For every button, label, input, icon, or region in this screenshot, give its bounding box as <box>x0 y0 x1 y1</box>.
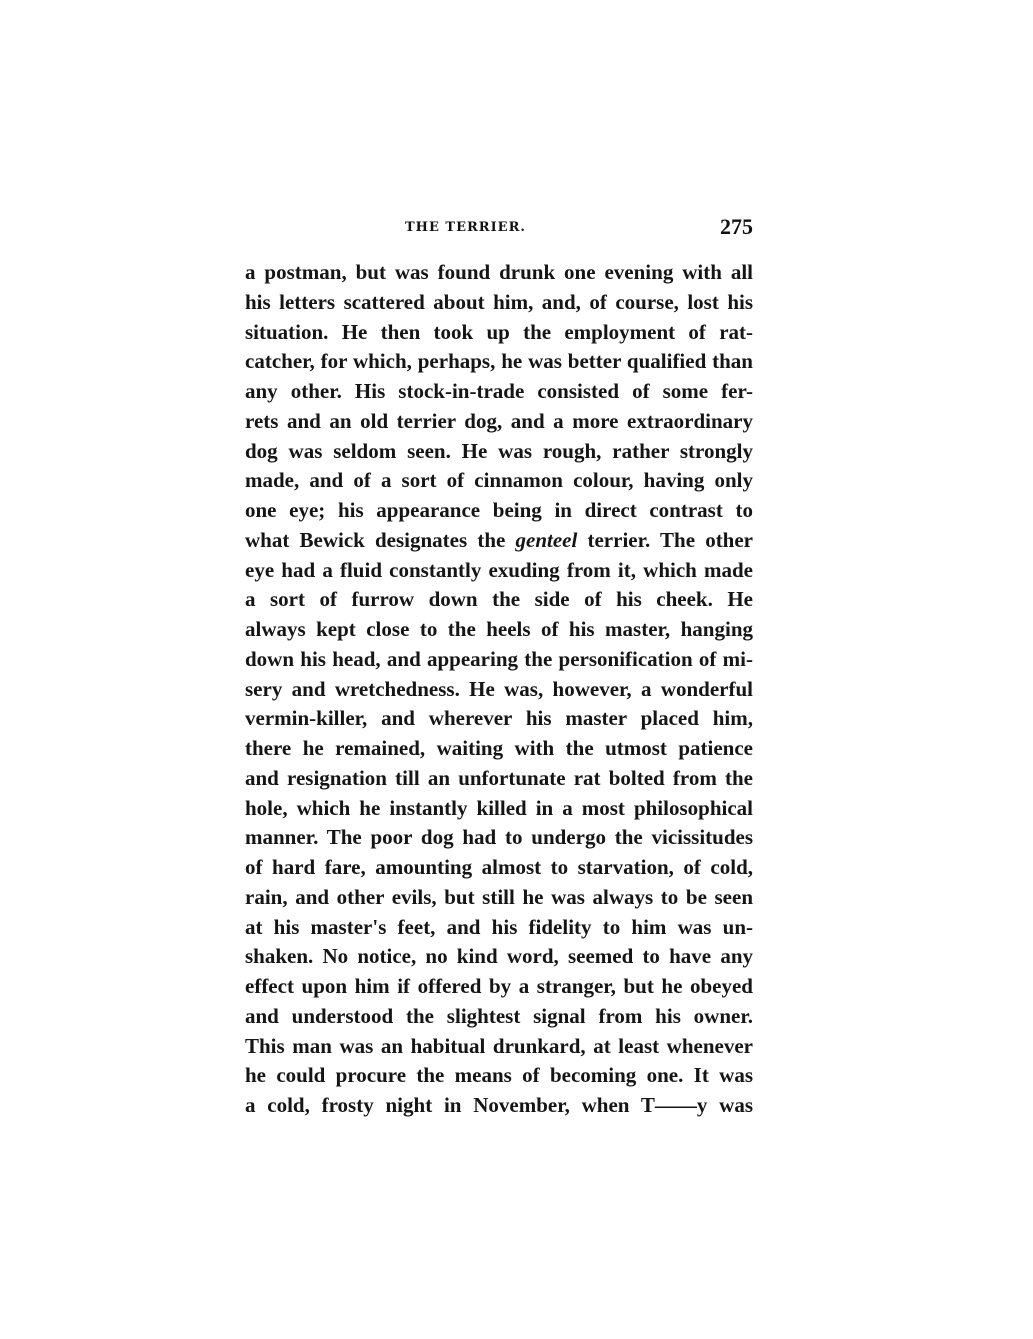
text-line: situation. He then took up the employmen… <box>245 318 753 348</box>
text-line: any other. His stock-in-trade consisted … <box>245 377 753 407</box>
text-line: This man was an habitual drunkard, at le… <box>245 1032 753 1062</box>
running-head: THE TERRIER. 275 <box>245 216 753 246</box>
italic-word: genteel <box>516 528 578 552</box>
text-line: hole, which he instantly killed in a mos… <box>245 794 753 824</box>
running-title: THE TERRIER. <box>405 220 526 235</box>
text-line: he could procure the means of becoming o… <box>245 1061 753 1091</box>
text-line: a postman, but was found drunk one eveni… <box>245 258 753 288</box>
page-number: 275 <box>720 214 753 240</box>
text-line: eye had a fluid constantly exuding from … <box>245 556 753 586</box>
book-page: THE TERRIER. 275 a postman, but was foun… <box>0 0 1033 1339</box>
text-line: and understood the slightest signal from… <box>245 1002 753 1032</box>
text-line-with-italic: what Bewick designates the genteel terri… <box>245 526 753 556</box>
text-line: vermin-killer, and wherever his master p… <box>245 704 753 734</box>
text-line: at his master's feet, and his fidelity t… <box>245 913 753 943</box>
text-line: a sort of furrow down the side of his ch… <box>245 585 753 615</box>
text-segment: what Bewick designates the <box>245 528 505 552</box>
text-line: effect upon him if offered by a stranger… <box>245 972 753 1002</box>
text-line: always kept close to the heels of his ma… <box>245 615 753 645</box>
text-line: catcher, for which, perhaps, he was bett… <box>245 347 753 377</box>
text-line: made, and of a sort of cinnamon colour, … <box>245 466 753 496</box>
text-line: his letters scattered about him, and, of… <box>245 288 753 318</box>
text-line: sery and wretchedness. He was, however, … <box>245 675 753 705</box>
text-line: down his head, and appearing the personi… <box>245 645 753 675</box>
text-line: shaken. No notice, no kind word, seemed … <box>245 942 753 972</box>
text-line: manner. The poor dog had to undergo the … <box>245 823 753 853</box>
text-line: rain, and other evils, but still he was … <box>245 883 753 913</box>
text-line: of hard fare, amounting almost to starva… <box>245 853 753 883</box>
text-line: a cold, frosty night in November, when T… <box>245 1091 753 1121</box>
text-line: there he remained, waiting with the utmo… <box>245 734 753 764</box>
text-line: rets and an old terrier dog, and a more … <box>245 407 753 437</box>
body-text: a postman, but was found drunk one eveni… <box>245 258 753 1121</box>
text-line: and resignation till an unfortunate rat … <box>245 764 753 794</box>
text-line: one eye; his appearance being in direct … <box>245 496 753 526</box>
text-line: dog was seldom seen. He was rough, rathe… <box>245 437 753 467</box>
text-segment: terrier. The other <box>587 528 753 552</box>
